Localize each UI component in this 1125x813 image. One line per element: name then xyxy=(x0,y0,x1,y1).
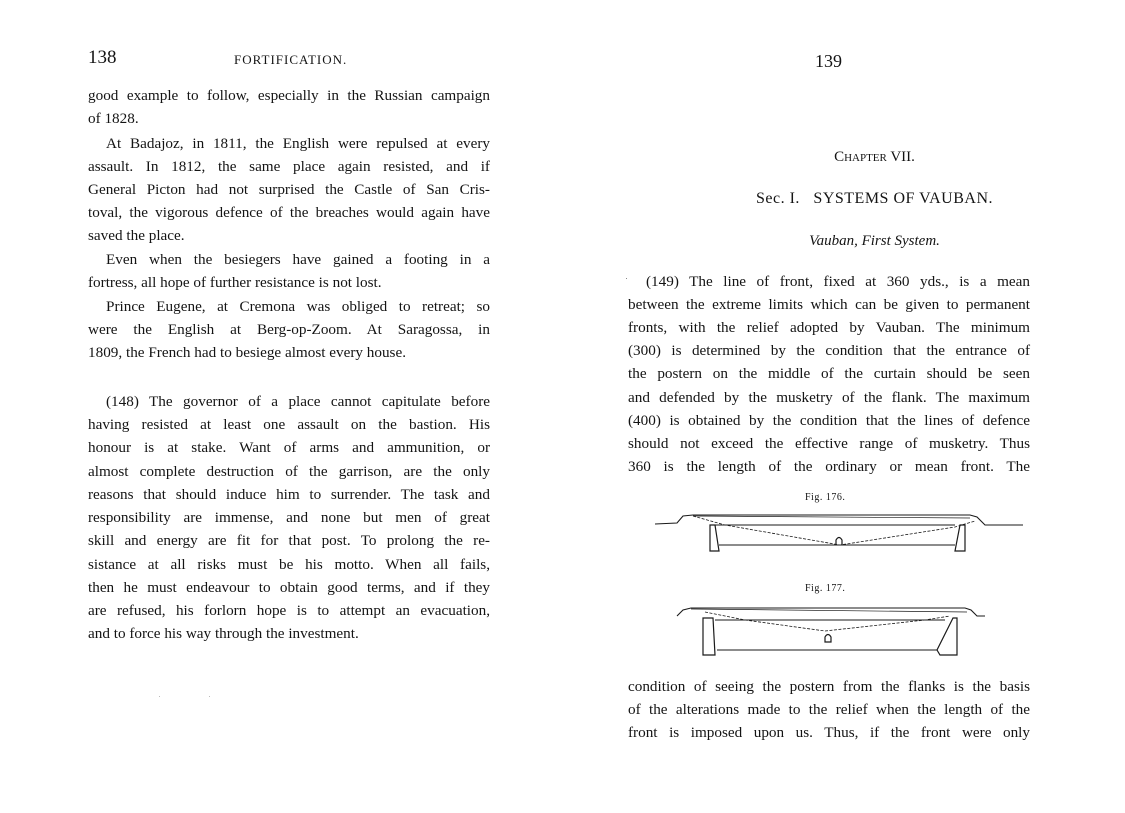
text-line: of the alterations made to the relief wh… xyxy=(628,698,1030,721)
right-page: 139 Chapter VII. Sec. I. SYSTEMS OF VAUB… xyxy=(560,0,1125,813)
text-line: between the extreme limits which can be … xyxy=(628,293,1030,316)
text-line: assault. In 1812, the same place again r… xyxy=(88,155,490,178)
text-line: honour is at stake. Want of arms and amm… xyxy=(88,436,490,459)
text-line: reasons that should induce him to surren… xyxy=(88,483,490,506)
text-line: responsibility are immense, and none but… xyxy=(88,506,490,529)
text-line: almost complete destruction of the garri… xyxy=(88,460,490,483)
text-line: toval, the vigorous defence of the breac… xyxy=(88,201,490,224)
paragraph-148-line: (148) The governor of a place cannot cap… xyxy=(88,390,490,413)
chapter-word: Chapter xyxy=(834,149,887,165)
left-page: 138 FORTIFICATION. good example to follo… xyxy=(0,0,560,813)
text-line: of 1828. xyxy=(88,107,490,130)
text-line: then he must endeavour to obtain good te… xyxy=(88,576,490,599)
text-line: the postern on the middle of the curtain… xyxy=(628,362,1030,385)
text-line: fortress, all hope of further resistance… xyxy=(88,271,490,294)
page-number-right: 139 xyxy=(815,51,842,72)
paragraph-149-line: (149) The line of front, fixed at 360 yd… xyxy=(628,270,1030,293)
text-line: (400) is obtained by the condition that … xyxy=(628,409,1030,432)
figure-177-caption: Fig. 177. xyxy=(805,583,845,594)
text-line: fronts, with the relief adopted by Vauba… xyxy=(628,316,1030,339)
text-line: At Badajoz, in 1811, the English were re… xyxy=(88,132,490,155)
text-line: 1809, the French had to besiege almost e… xyxy=(88,341,490,364)
figure-176-caption: Fig. 176. xyxy=(805,492,845,503)
chapter-number: VII. xyxy=(890,149,915,165)
figure-177-profile-diagram xyxy=(675,598,995,660)
text-line: were the English at Berg-op-Zoom. At Sar… xyxy=(88,318,490,341)
chapter-heading: Chapter VII. xyxy=(592,149,1125,166)
text-line: condition of seeing the postern from the… xyxy=(628,675,1030,698)
text-line: front is imposed upon us. Thus, if the f… xyxy=(628,721,1030,744)
text-line: having resisted at least one assault on … xyxy=(88,413,490,436)
text-line: Even when the besiegers have gained a fo… xyxy=(88,248,490,271)
text-line: General Picton had not surprised the Cas… xyxy=(88,178,490,201)
page-number-left: 138 xyxy=(88,47,117,69)
text-line: 360 is the length of the ordinary or mea… xyxy=(628,455,1030,478)
running-title: FORTIFICATION. xyxy=(234,52,347,68)
text-line: are refused, his forlorn hope is to atte… xyxy=(88,599,490,622)
text-line: saved the place. xyxy=(88,224,490,247)
text-line: (300) is determined by the condition tha… xyxy=(628,339,1030,362)
scan-speck xyxy=(626,278,627,279)
text-line: and defended by the musketry of the flan… xyxy=(628,386,1030,409)
section-heading: Sec. I. SYSTEMS OF VAUBAN. xyxy=(592,190,1125,208)
text-line: good example to follow, especially in th… xyxy=(88,84,490,107)
scan-speck xyxy=(159,696,160,697)
text-line: sistance at all risks must be his motto.… xyxy=(88,553,490,576)
text-line: and to force his way through the investm… xyxy=(88,622,490,645)
text-line: Prince Eugene, at Cremona was obliged to… xyxy=(88,295,490,318)
text-line: skill and energy are fit for that post. … xyxy=(88,529,490,552)
subsection-heading: Vauban, First System. xyxy=(592,233,1125,250)
text-line: should not exceed the effective range of… xyxy=(628,432,1030,455)
scan-speck xyxy=(209,696,210,697)
figure-176-profile-diagram xyxy=(655,505,1025,555)
